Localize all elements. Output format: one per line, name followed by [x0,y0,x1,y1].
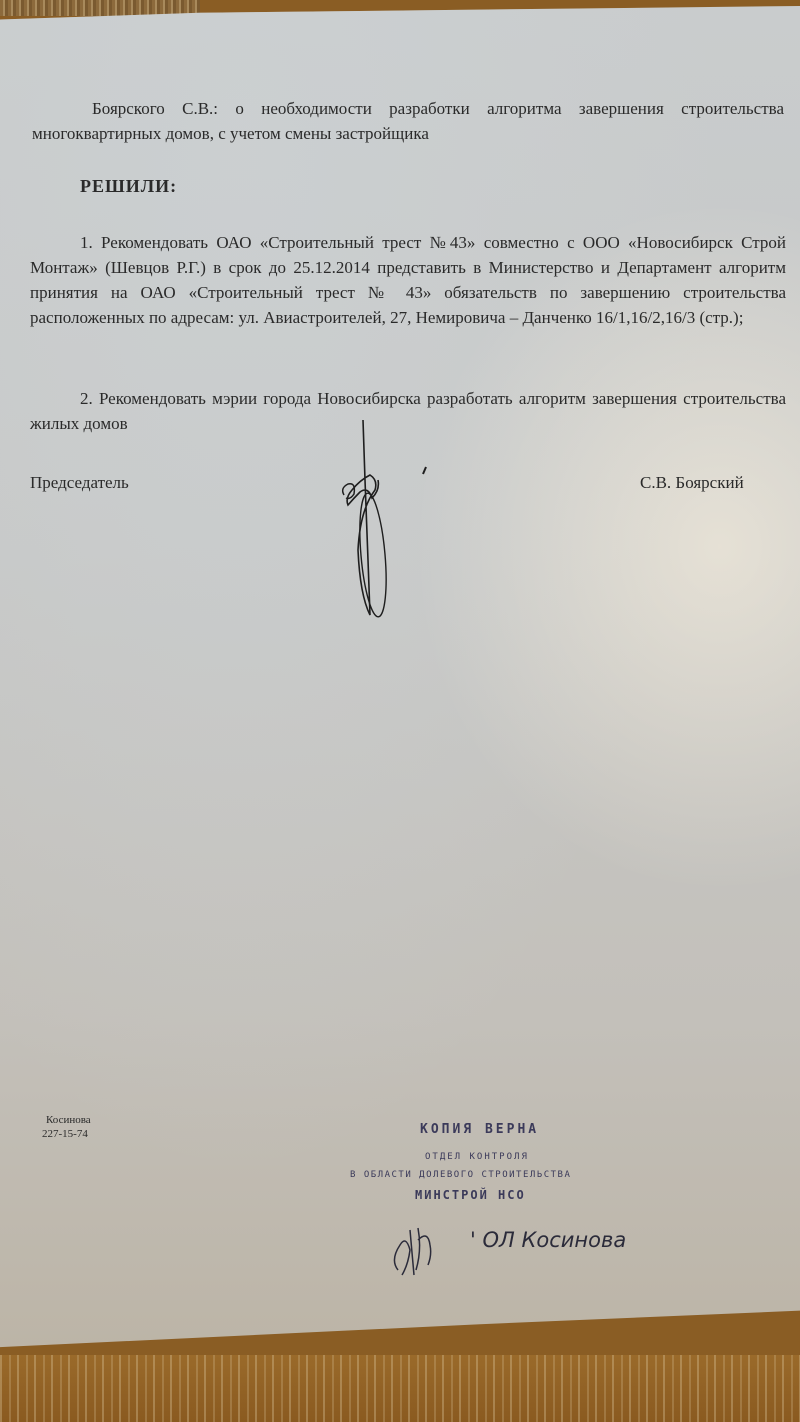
stamp-department-line: ОТДЕЛ КОНТРОЛЯ [425,1152,529,1162]
certified-copy-stamp-title: КОПИЯ ВЕРНА [420,1122,539,1137]
executor-phone: 227-15-74 [42,1127,88,1141]
stamp-area-line: В ОБЛАСТИ ДОЛЕВОГО СТРОИТЕЛЬСТВА [350,1170,571,1180]
chairman-signature [330,420,410,630]
resolution-heading: РЕШИЛИ: [80,174,177,199]
chairman-label: Председатель [30,470,129,495]
certifier-handwritten-name: ' ОЛ Косинова [470,1228,626,1252]
stamp-ministry-line: МИНСТРОЙ НСО [415,1188,526,1202]
wooden-table-background-bottom [0,1355,800,1422]
resolution-item-1: 1. Рекомендовать ОАО «Строительный трест… [30,230,786,330]
wooden-table-background-top [0,0,200,16]
ink-mark [420,466,430,476]
executor-name: Косинова [46,1113,91,1127]
certifier-signature [388,1220,468,1280]
intro-paragraph: Боярского С.В.: о необходимости разработ… [32,96,784,146]
document-page [0,6,800,1358]
chairman-name: С.В. Боярский [640,470,744,495]
